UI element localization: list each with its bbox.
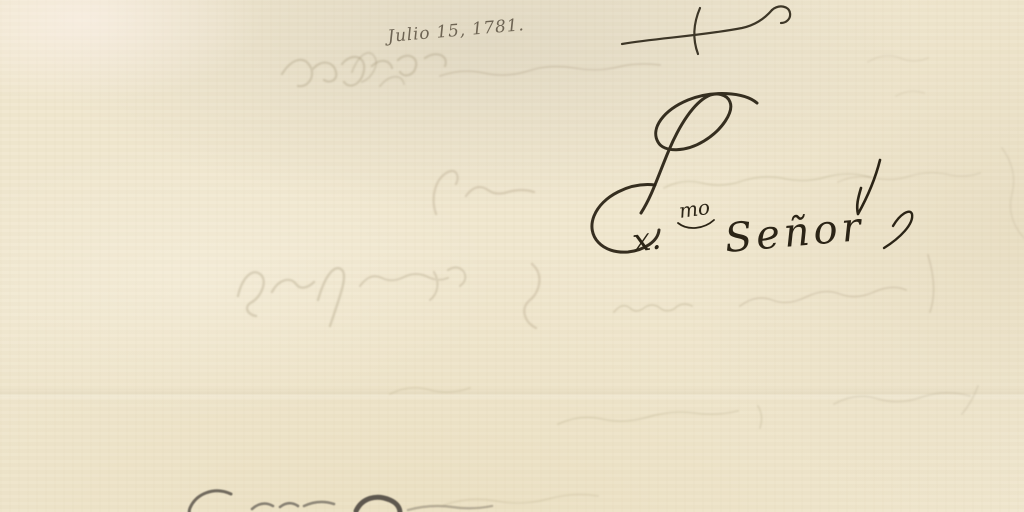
cutoff-stroke	[356, 497, 400, 512]
cutoff-bottom-line	[189, 491, 492, 512]
bleedthrough-stroke	[444, 495, 598, 505]
flourish-hook	[772, 6, 790, 23]
bleedthrough-stroke	[238, 268, 344, 326]
bleedthrough-stroke	[360, 267, 465, 300]
bleedthrough-stroke	[434, 171, 534, 214]
manuscript-page: Julio 15, 1781. x. mo Señor	[0, 0, 1024, 512]
cutoff-stroke	[252, 503, 298, 509]
handwriting-layer: Julio 15, 1781. x. mo Señor	[0, 0, 1024, 512]
flourish-vertical-stroke	[694, 8, 700, 54]
bleedthrough-stroke	[558, 406, 762, 428]
capital-E-flourish	[641, 94, 757, 213]
bleedthrough-stroke	[1002, 148, 1024, 238]
cutoff-stroke	[304, 502, 334, 506]
bleedthrough-stroke	[740, 255, 934, 312]
end-swash	[884, 212, 912, 248]
bleedthrough-stroke	[440, 64, 660, 76]
bleedthrough-stroke	[868, 56, 928, 96]
salutation-superscript: mo	[677, 195, 711, 223]
cutoff-stroke	[408, 506, 492, 510]
salutation-abbreviation: x.	[630, 218, 663, 260]
bleedthrough-writing	[238, 53, 1024, 505]
bleedthrough-stroke	[390, 388, 470, 394]
opening-cross-flourish	[622, 6, 790, 54]
bleedthrough-stroke	[834, 386, 978, 414]
bleedthrough-stroke	[614, 304, 692, 312]
cutoff-stroke	[189, 491, 231, 512]
salutation-title: Señor	[723, 204, 867, 262]
date-line: Julio 15, 1781.	[384, 15, 526, 47]
bleedthrough-stroke	[524, 264, 539, 328]
